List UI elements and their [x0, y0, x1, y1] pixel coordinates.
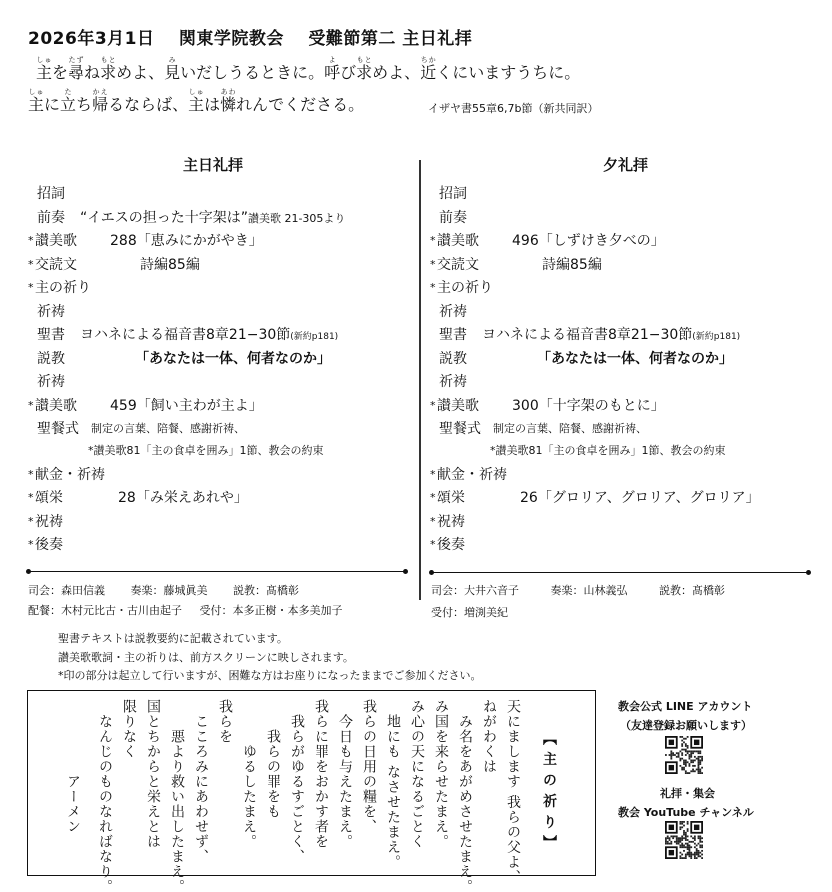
service-item: 祈祷 — [430, 302, 810, 322]
lords-prayer-line: アーメン — [63, 699, 83, 834]
verse-text: は — [204, 95, 220, 114]
service-item: 聖書ヨハネによる福音書8章21−30節(新約p181) — [28, 325, 408, 345]
lords-prayer-line: み国を来らせたまえ。 — [431, 699, 451, 849]
lords-prayer-line: なんじのものなればなり。 — [95, 699, 115, 892]
lords-prayer-line: ねがわくは — [479, 699, 499, 774]
service-item-label: 祈祷 — [37, 302, 65, 322]
church-name: 関東学院教会 — [179, 29, 284, 49]
note-1: 聖書テキストは説教要約に記載されています。 — [58, 630, 288, 646]
verse-line-1: 主しゅを尋たずね求もとめよ、見みいだしうるときに。呼よび求もとめよ、近ちかくにい… — [36, 56, 580, 83]
evening-staff-line-1: 司会：大井六音子 奏楽：山林義弘 説教：髙橋彰 — [431, 582, 747, 598]
service-item-label: 招詞 — [37, 184, 65, 204]
service-item-sub: *讃美歌81「主の食卓を囲み」1節、教会の約束 — [88, 441, 324, 461]
service-item: *交読文詩編85編 — [430, 255, 810, 275]
service-item: 聖餐式制定の言葉、陪餐、感謝祈祷、 — [430, 419, 810, 439]
verse-reference: イザヤ書55章6,7b節（新共同訳） — [428, 100, 598, 116]
ruby-word: 尋たず — [68, 63, 84, 82]
morning-service-heading: 主日礼拝 — [183, 154, 243, 175]
column-divider — [419, 160, 421, 600]
ruby-word: 憐あわ — [220, 95, 236, 114]
verse-text: めよ、 — [116, 63, 164, 82]
youtube-qr-code-icon[interactable] — [665, 821, 703, 859]
verse-text: ね — [84, 63, 100, 82]
service-item-label: 頌栄 — [35, 488, 63, 508]
service-item-label: 説教 — [37, 349, 65, 369]
verse-text: れんでくださる。 — [236, 95, 364, 114]
service-item: 前奏“イエスの担った十字架は”讃美歌 21-305より — [28, 208, 408, 228]
verse-text: に — [44, 95, 60, 114]
service-item-value: 「あなたは一体、何者なのか」 — [537, 349, 733, 369]
ruby-word: 主しゅ — [28, 95, 44, 114]
page-title: 2026年3月1日 関東学院教会 受難節第二 主日礼拝 — [28, 24, 472, 49]
morning-staff-line-2: 配餐：木村元比古・古川由起子 受付：本多正樹・本多美加子 — [28, 602, 365, 618]
service-item-value: 459「飼い主わが主よ」 — [110, 396, 263, 416]
ruby-word: 帰かえ — [92, 95, 108, 114]
service-item-label: 聖餐式 — [37, 419, 79, 439]
service-item: *後奏 — [430, 535, 810, 555]
service-item-value: 制定の言葉、陪餐、感謝祈祷、 — [91, 419, 245, 439]
service-item: *頌栄28「み栄えあれや」 — [28, 488, 408, 508]
service-item-label: 讃美歌 — [437, 231, 479, 251]
service-item-value: ヨハネによる福音書8章21−30節 — [80, 327, 290, 343]
service-item-label: 聖書 — [37, 325, 65, 345]
morning-presider: 司会：森田信義 — [28, 584, 105, 597]
service-item-extra: (新約p181) — [692, 332, 740, 342]
service-item-label: 交読文 — [437, 255, 479, 275]
evening-presider: 司会：大井六音子 — [431, 584, 519, 597]
service-item-label: 讃美歌 — [437, 396, 479, 416]
service-item: *献金・祈祷 — [430, 465, 810, 485]
service-item-label: 前奏 — [37, 208, 65, 228]
service-item-value: 300「十字架のもとに」 — [512, 396, 665, 416]
service-item: 祈祷 — [28, 372, 408, 392]
standing-marker: * — [28, 278, 35, 298]
service-item-label: 後奏 — [35, 535, 63, 555]
lords-prayer-line: 我らに罪をおかす者を — [311, 699, 331, 849]
lords-prayer-line: み名をあがめさせたまえ。 — [455, 699, 475, 892]
line-account-label: 教会公式 LINE アカウント — [618, 698, 752, 714]
ruby-word: 呼よ — [324, 63, 340, 82]
service-item: *交読文詩編85編 — [28, 255, 408, 275]
service-item: *讃美歌300「十字架のもとに」 — [430, 396, 810, 416]
service-item: 説教「あなたは一体、何者なのか」 — [430, 349, 810, 369]
standing-marker: * — [430, 396, 437, 416]
note-3: *印の部分は起立して行いますが、困難な方はお座りになったままでご参加ください。 — [58, 667, 482, 683]
ruby-word: 近ちか — [420, 63, 436, 82]
service-item: *献金・祈祷 — [28, 465, 408, 485]
service-item: 前奏 — [430, 208, 810, 228]
standing-marker: * — [430, 488, 437, 508]
service-item-extra: 讃美歌 21-305より — [248, 212, 345, 225]
standing-marker: * — [28, 465, 35, 485]
service-item-value: 28「み栄えあれや」 — [118, 488, 248, 508]
lords-prayer-line: ゆるしたまえ。 — [239, 699, 259, 849]
youtube-channel-label: 教会 YouTube チャンネル — [618, 804, 754, 820]
service-item-sub: *讃美歌81「主の食卓を囲み」1節、教会の約束 — [490, 441, 726, 461]
line-qr-code-icon[interactable] — [665, 736, 703, 774]
evening-service-heading: 夕礼拝 — [603, 154, 648, 175]
morning-staff-line-1: 司会：森田信義 奏楽：藤城眞美 説教：髙橋彰 — [28, 582, 321, 598]
evening-music: 奏楽：山林義弘 — [551, 584, 628, 597]
lords-prayer-line: 我らがゆるすごとく、 — [287, 699, 307, 864]
standing-marker: * — [430, 278, 437, 298]
service-item: 招詞 — [28, 184, 408, 204]
service-item-label: 祈祷 — [37, 372, 65, 392]
service-item: *祝祷 — [28, 512, 408, 532]
standing-marker: * — [28, 535, 35, 555]
standing-marker: * — [430, 465, 437, 485]
service-item: 招詞 — [430, 184, 810, 204]
lords-prayer-line: 地にも なさせたまえ。 — [383, 699, 403, 869]
service-item-label: 祈祷 — [439, 372, 467, 392]
service-item-label: 後奏 — [437, 535, 465, 555]
service-item-label: 祈祷 — [439, 302, 467, 322]
service-item-label: 聖餐式 — [439, 419, 481, 439]
service-item-label: 交読文 — [35, 255, 77, 275]
evening-preacher: 説教：髙橋彰 — [659, 584, 725, 597]
ruby-word: 立た — [60, 95, 76, 114]
service-item-value: 制定の言葉、陪餐、感謝祈祷、 — [493, 419, 647, 439]
service-item-label: 説教 — [439, 349, 467, 369]
verse-text: いだしうるときに。 — [180, 63, 324, 82]
service-item-value: 496「しずけき夕べの」 — [512, 231, 665, 251]
morning-preacher: 説教：髙橋彰 — [233, 584, 299, 597]
worship-meeting-label: 礼拝・集会 — [660, 785, 715, 801]
evening-staff-line-2: 受付：増渕美紀 — [431, 604, 530, 620]
lords-prayer-title: 【 主 の 祈 り 】 — [539, 731, 559, 850]
service-item-value: 26「グロリア、グロリア、グロリア」 — [520, 488, 760, 508]
service-title: 受難節第二 主日礼拝 — [308, 29, 472, 49]
lords-prayer-line: 限りなく — [119, 699, 139, 759]
service-item: 祈祷 — [28, 302, 408, 322]
service-item-value: 詩編85編 — [542, 255, 602, 275]
lords-prayer-line: 悪より救い出したまえ。 — [167, 699, 187, 892]
service-item-label: 献金・祈祷 — [437, 465, 507, 485]
ruby-word: 主しゅ — [36, 63, 52, 82]
standing-marker: * — [28, 231, 35, 251]
service-item-label: 頌栄 — [437, 488, 465, 508]
morning-music: 奏楽：藤城眞美 — [131, 584, 208, 597]
service-item: 聖書ヨハネによる福音書8章21−30節(新約p181) — [430, 325, 810, 345]
service-item: 説教「あなたは一体、何者なのか」 — [28, 349, 408, 369]
verse-text: ち — [76, 95, 92, 114]
note-2: 讃美歌歌詞・主の祈りは、前方スクリーンに映しされます。 — [58, 649, 354, 665]
service-item: *主の祈り — [28, 278, 408, 298]
service-item-label: 讃美歌 — [35, 396, 77, 416]
standing-marker: * — [28, 396, 35, 416]
service-item-value: 288「恵みにかがやき」 — [110, 231, 263, 251]
service-item: *頌栄26「グロリア、グロリア、グロリア」 — [430, 488, 810, 508]
service-item: *讃美歌496「しずけき夕べの」 — [430, 231, 810, 251]
service-item-extra: (新約p181) — [290, 332, 338, 342]
lords-prayer-box: 【 主 の 祈 り 】天にまします 我らの父よ、ねがわくは み名をあがめさせたま… — [27, 690, 596, 876]
service-item: 祈祷 — [430, 372, 810, 392]
standing-marker: * — [430, 255, 437, 275]
standing-marker: * — [430, 535, 437, 555]
lords-prayer-line: 今日も与えたまえ。 — [335, 699, 355, 849]
service-item-label: 祝祷 — [437, 512, 465, 532]
verse-text: くにいますうちに。 — [436, 63, 580, 82]
ruby-word: 求もと — [356, 63, 372, 82]
verse-text: び — [340, 63, 356, 82]
lords-prayer-line: み心の天になるごとく — [407, 699, 427, 849]
verse-text: るならば、 — [108, 95, 188, 114]
standing-marker: * — [430, 231, 437, 251]
morning-communion-servers: 配餐：木村元比古・古川由起子 — [28, 604, 182, 617]
standing-marker: * — [28, 488, 35, 508]
service-item-value: ヨハネによる福音書8章21−30節 — [482, 327, 692, 343]
morning-reception: 受付：本多正樹・本多美加子 — [200, 604, 343, 617]
service-item-value: 詩編85編 — [140, 255, 200, 275]
service-item-value: 「あなたは一体、何者なのか」 — [135, 349, 331, 369]
service-item: *後奏 — [28, 535, 408, 555]
standing-marker: * — [28, 512, 35, 532]
service-item-label: 招詞 — [439, 184, 467, 204]
service-item: *主の祈り — [430, 278, 810, 298]
lords-prayer-line: 国とちからと栄えとは — [143, 699, 163, 849]
lords-prayer-line: 天にまします 我らの父よ、 — [503, 699, 523, 884]
verse-text: めよ、 — [372, 63, 420, 82]
evening-divider-line — [431, 572, 809, 573]
service-item-label: 聖書 — [439, 325, 467, 345]
verse-line-2: 主しゅに立たち帰かえるならば、主しゅは憐あわれんでくださる。 — [28, 88, 364, 115]
service-item: 聖餐式制定の言葉、陪餐、感謝祈祷、 — [28, 419, 408, 439]
line-account-sublabel: （友達登録お願いします） — [620, 717, 752, 733]
morning-divider-line — [28, 571, 406, 572]
service-item: *讃美歌459「飼い主わが主よ」 — [28, 396, 408, 416]
service-item-label: 献金・祈祷 — [35, 465, 105, 485]
lords-prayer-line: 我らを — [215, 699, 235, 744]
ruby-word: 見み — [164, 63, 180, 82]
verse-text: を — [52, 63, 68, 82]
ruby-word: 求もと — [100, 63, 116, 82]
lords-prayer-line: 我らの罪をも — [263, 699, 283, 819]
standing-marker: * — [28, 255, 35, 275]
service-item-value: “イエスの担った十字架は” — [80, 210, 248, 226]
service-item: *讃美歌288「恵みにかがやき」 — [28, 231, 408, 251]
evening-reception: 受付：増渕美紀 — [431, 606, 508, 619]
standing-marker: * — [430, 512, 437, 532]
ruby-word: 主しゅ — [188, 95, 204, 114]
service-date: 2026年3月1日 — [28, 29, 154, 49]
lords-prayer-line: 我らの日用の糧を、 — [359, 699, 379, 834]
service-item-label: 讃美歌 — [35, 231, 77, 251]
service-item-label: 前奏 — [439, 208, 467, 228]
service-item-label: 主の祈り — [437, 278, 493, 298]
lords-prayer-line: こころみにあわせず、 — [191, 699, 211, 864]
service-item-label: 祝祷 — [35, 512, 63, 532]
service-item: *祝祷 — [430, 512, 810, 532]
service-item-label: 主の祈り — [35, 278, 91, 298]
